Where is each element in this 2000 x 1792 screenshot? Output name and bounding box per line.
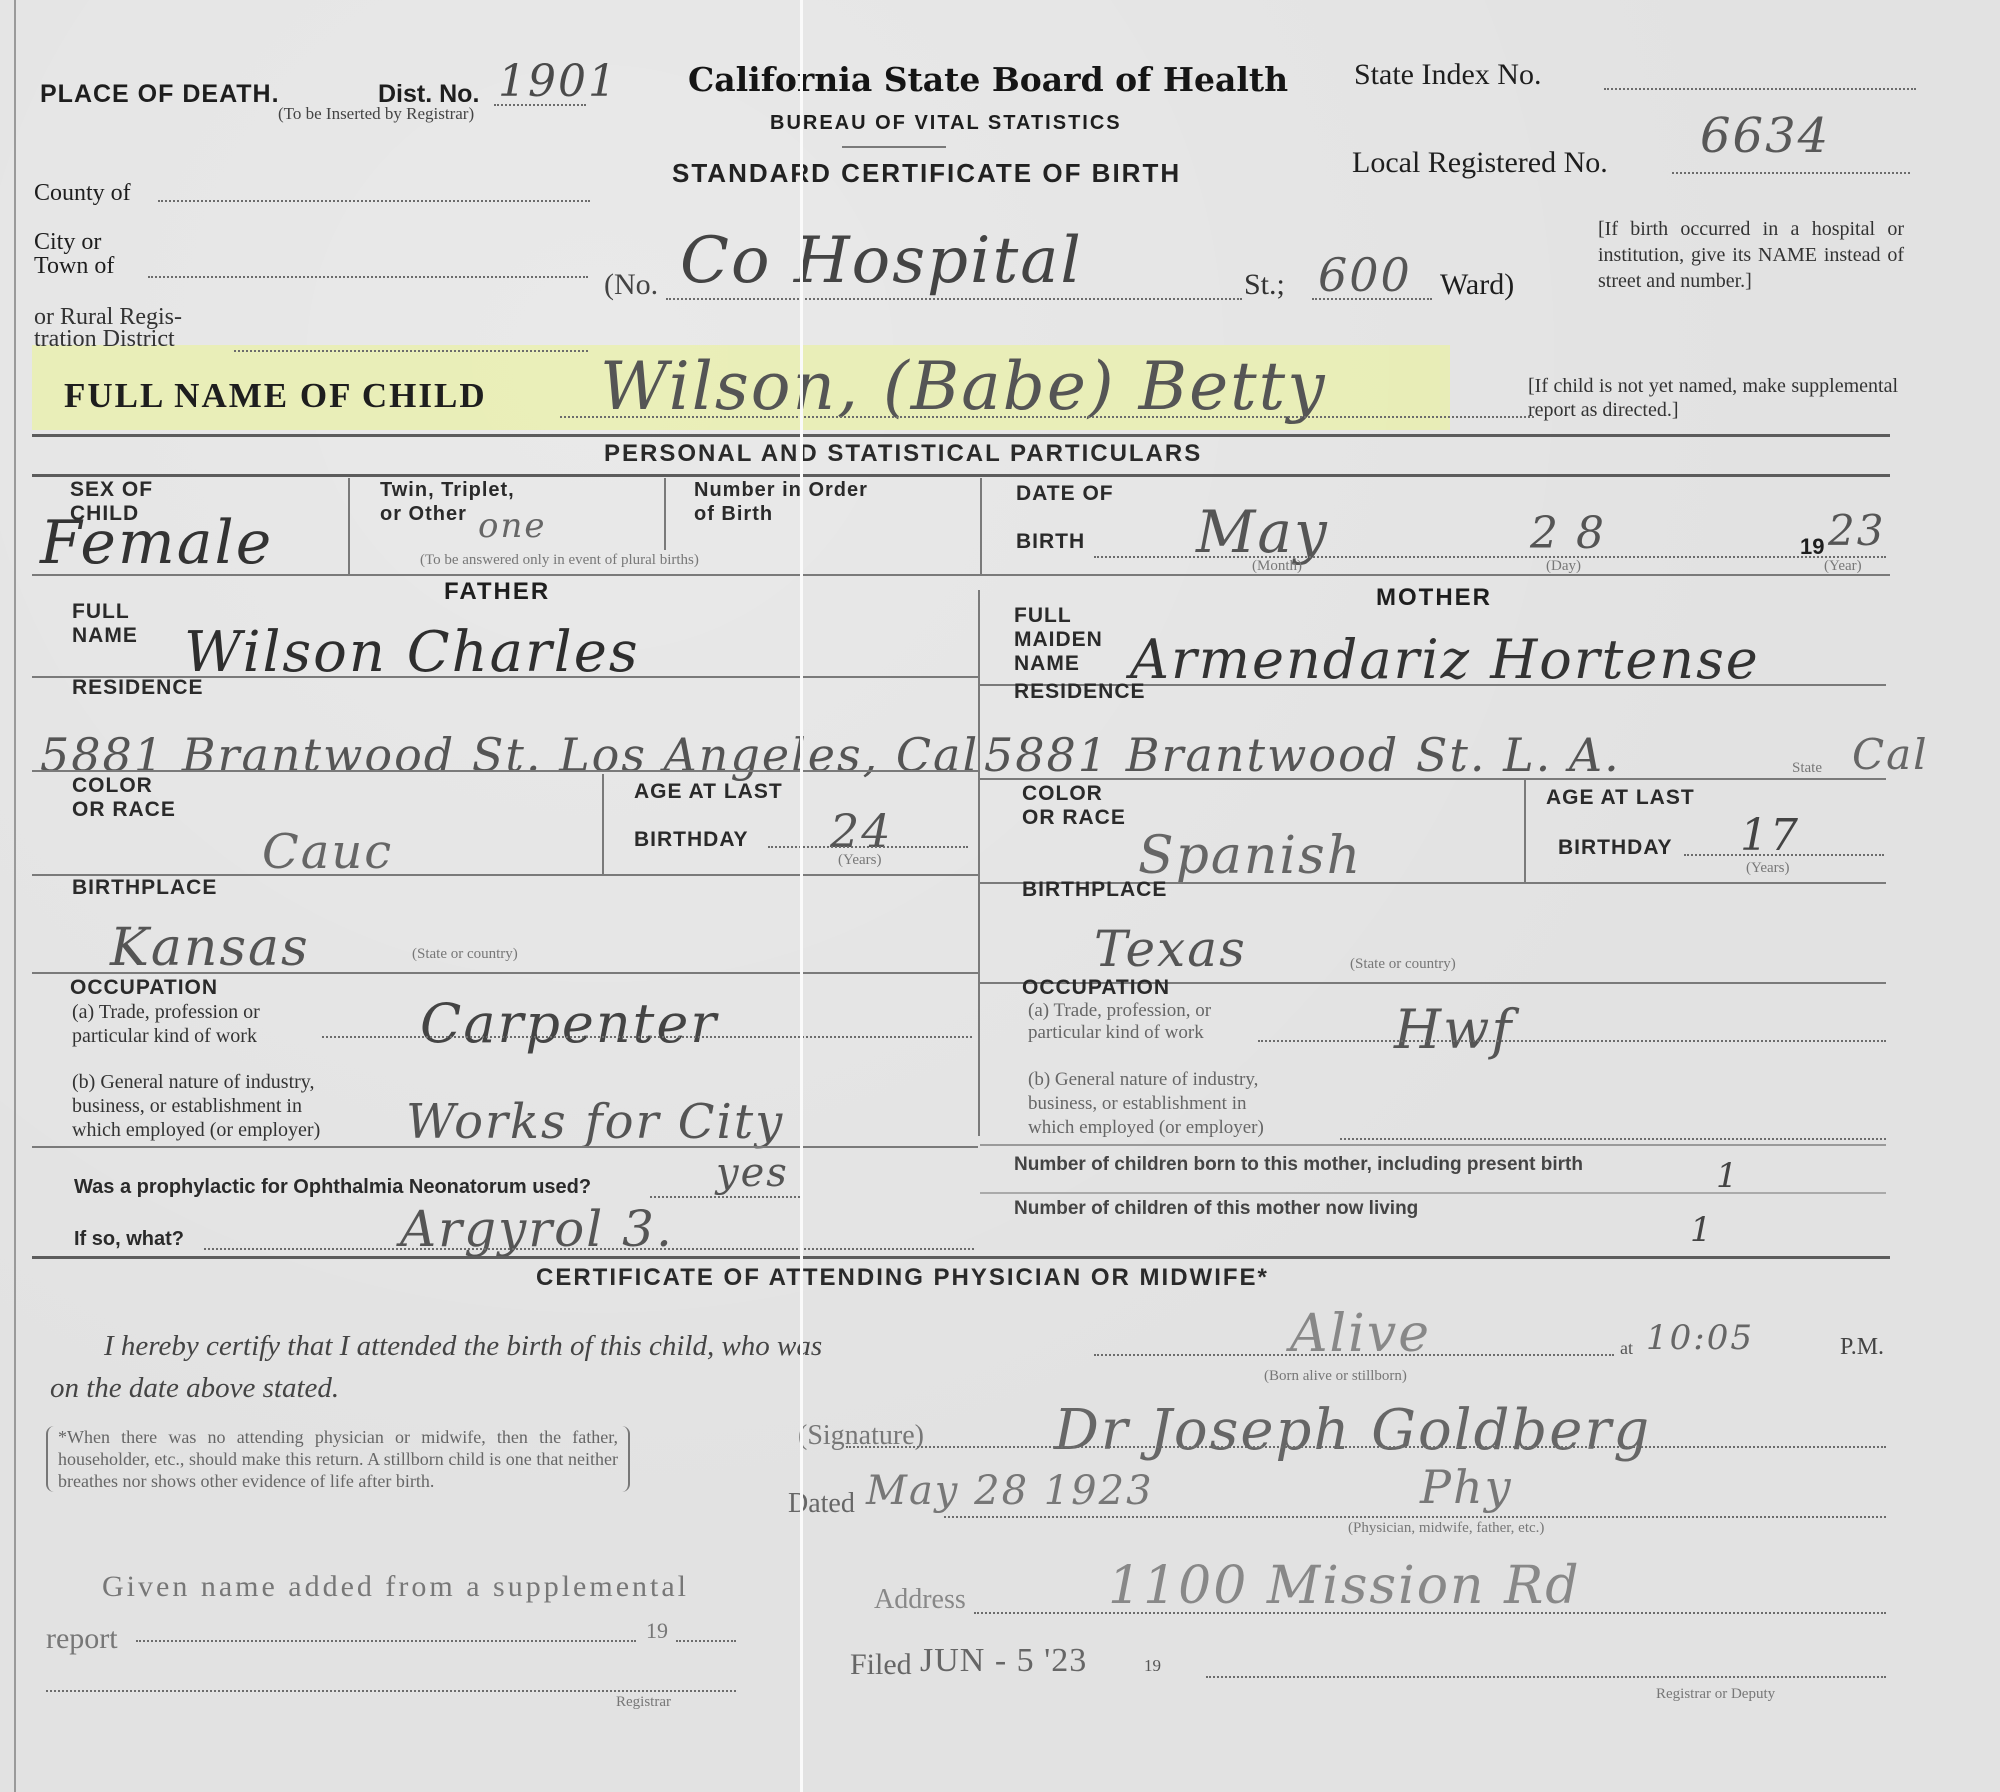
supplemental-registrar-hint: Registrar — [616, 1694, 671, 1711]
mother-state-label: State — [1792, 760, 1822, 777]
mother-state-hint: (State or country) — [1350, 956, 1456, 973]
prophylactic-what-label: If so, what? — [74, 1228, 184, 1251]
mother-color-field[interactable]: Spanish — [1138, 826, 1362, 886]
city-label-line1: City or — [34, 230, 114, 254]
prophylactic-answer-field[interactable]: yes — [716, 1150, 789, 1196]
mother-occ-a-label: (a) Trade, profession, or particular kin… — [1028, 1000, 1211, 1044]
street-label: St.; — [1244, 268, 1285, 302]
children-born-label: Number of children born to this mother, … — [1014, 1154, 1583, 1176]
header-divider — [842, 146, 946, 148]
mother-occ-b-line2: business, or establishment in — [1028, 1092, 1264, 1116]
supplemental-registrar-field[interactable] — [46, 1690, 736, 1692]
father-years-hint: (Years) — [838, 852, 881, 869]
mother-occ-a-line2: particular kind of work — [1028, 1022, 1211, 1044]
page-edge-line — [14, 0, 16, 1792]
plural-note: (To be answered only in event of plural … — [420, 552, 699, 569]
father-name-label-line1: FULL — [72, 600, 138, 624]
certificate-title: STANDARD CERTIFICATE OF BIRTH — [672, 158, 1181, 189]
father-occ-b-field[interactable]: Works for City — [406, 1094, 784, 1150]
time-prefix: at — [1620, 1338, 1633, 1359]
dob-year-field[interactable]: 23 — [1828, 506, 1885, 555]
address-field[interactable]: 1100 Mission Rd — [1108, 1556, 1581, 1616]
father-occ-a-line2: particular kind of work — [72, 1024, 260, 1048]
rural-label-line2: tration District — [34, 328, 182, 350]
divider-particulars — [32, 474, 1890, 477]
divider-twin — [664, 478, 666, 550]
father-occ-a-line1: (a) Trade, profession or — [72, 1000, 260, 1024]
city-field[interactable] — [148, 276, 588, 278]
divider-name — [32, 434, 1890, 437]
certify-text-1: I hereby certify that I attended the bir… — [104, 1330, 822, 1363]
mother-title: MOTHER — [1376, 584, 1492, 612]
divider-children-born — [980, 1192, 1886, 1194]
father-occ-a-field[interactable]: Carpenter — [420, 992, 718, 1055]
rural-field[interactable] — [234, 350, 588, 352]
local-registered-field[interactable]: 6634 — [1700, 108, 1830, 164]
hospital-underline — [666, 298, 1242, 300]
city-label: City or Town of — [34, 230, 114, 278]
mother-color-label: COLOR OR RACE — [1022, 782, 1126, 830]
divider-mother-occupation — [980, 1144, 1886, 1146]
father-title: FATHER — [444, 578, 550, 606]
mother-color-label-line2: OR RACE — [1022, 806, 1126, 830]
mother-occ-a-line1: (a) Trade, profession, or — [1028, 1000, 1211, 1022]
order-label: Number in Order of Birth — [694, 478, 868, 526]
mother-residence-label: RESIDENCE — [1014, 680, 1146, 704]
bureau-title: BUREAU OF VITAL STATISTICS — [770, 112, 1122, 135]
mother-color-label-line1: COLOR — [1022, 782, 1126, 806]
address-label: Address — [874, 1584, 966, 1616]
child-name-label: FULL NAME OF CHILD — [64, 376, 487, 416]
county-label: County of — [34, 180, 131, 207]
mother-occ-b-label: (b) General nature of industry, business… — [1028, 1068, 1264, 1140]
ward-underline — [1312, 298, 1432, 300]
divider-father-residence — [32, 770, 978, 772]
city-label-line2: Town of — [34, 254, 114, 278]
mother-age-underline — [1684, 854, 1884, 856]
hospital-name-field[interactable]: Co Hospital — [680, 224, 1083, 298]
mother-name-label: FULL MAIDEN NAME — [1014, 604, 1103, 676]
father-occ-b-line1: (b) General nature of industry, — [72, 1070, 320, 1094]
state-index-label: State Index No. — [1354, 58, 1541, 92]
divider-dob — [980, 478, 982, 574]
particulars-title: PERSONAL AND STATISTICAL PARTICULARS — [604, 440, 1202, 468]
year-hint: (Year) — [1824, 558, 1862, 575]
mother-occ-a-underline — [1258, 1040, 1886, 1042]
address-underline — [974, 1612, 1886, 1614]
local-registered-underline — [1672, 172, 1910, 174]
local-registered-label: Local Registered No. — [1352, 146, 1608, 180]
rural-label: or Rural Regis- tration District — [34, 306, 182, 350]
time-field[interactable]: 10:05 — [1646, 1318, 1754, 1358]
father-occupation-label: OCCUPATION — [70, 976, 218, 1000]
mother-birthplace-label: BIRTHPLACE — [1022, 878, 1167, 902]
mother-occ-a-field[interactable]: Hwf — [1394, 998, 1513, 1061]
hospital-note: [If birth occurred in a hospital or inst… — [1598, 216, 1904, 294]
divider-father-birthplace — [32, 972, 978, 974]
month-hint: (Month) — [1252, 558, 1302, 575]
birth-certificate-page: PLACE OF DEATH. Dist. No. 1901 (To be In… — [0, 0, 2000, 1792]
sex-label-line1: SEX OF — [70, 478, 153, 502]
signature-field[interactable]: Dr Joseph Goldberg — [1054, 1398, 1651, 1463]
mother-residence-field[interactable]: 5881 Brantwood St. L. A. — [984, 728, 1621, 782]
ward-label: Ward) — [1440, 268, 1514, 302]
dob-underline — [1094, 556, 1886, 558]
prophylactic-what-underline — [204, 1248, 974, 1250]
street-no-label: (No. — [604, 268, 658, 302]
father-color-label-line1: COLOR — [72, 774, 176, 798]
twin-field[interactable]: one — [478, 506, 547, 546]
father-occ-a-label: (a) Trade, profession or particular kind… — [72, 1000, 260, 1048]
father-occ-b-line3: which employed (or employer) — [72, 1118, 320, 1142]
parents-divider — [978, 590, 980, 1136]
child-name-field[interactable]: Wilson, (Babe) Betty — [600, 348, 1327, 425]
order-label-line1: Number in Order — [694, 478, 868, 502]
father-occ-b-line2: business, or establishment in — [72, 1094, 320, 1118]
rural-label-line1: or Rural Regis- — [34, 306, 182, 328]
footnote: *When there was no attending physician o… — [46, 1426, 630, 1492]
father-name-label-line2: NAME — [72, 624, 138, 648]
divider-prophylactic — [32, 1256, 1890, 1259]
supplemental-report-field[interactable] — [136, 1640, 636, 1642]
physician-title-field[interactable]: Phy — [1420, 1460, 1513, 1514]
mother-age-label-1: AGE AT LAST — [1546, 786, 1695, 810]
fold-crease — [800, 0, 803, 1792]
order-label-line2: of Birth — [694, 502, 868, 526]
filed-date-field[interactable]: JUN - 5 '23 — [920, 1642, 1087, 1680]
children-born-field[interactable]: 1 — [1716, 1156, 1740, 1196]
children-living-field[interactable]: 1 — [1690, 1210, 1714, 1250]
father-age-field[interactable]: 24 — [830, 804, 893, 858]
dob-label-2: BIRTH — [1016, 530, 1085, 554]
day-hint: (Day) — [1546, 558, 1581, 575]
father-birthplace-field[interactable]: Kansas — [110, 918, 310, 978]
filed-year-prefix: 19 — [1144, 1656, 1161, 1676]
twin-label-line1: Twin, Triplet, — [380, 478, 515, 502]
born-hint: (Born alive or stillborn) — [1264, 1368, 1407, 1385]
place-of-death-label: PLACE OF DEATH. — [40, 80, 280, 109]
born-alive-underline — [1094, 1354, 1614, 1356]
ward-field[interactable]: 600 — [1318, 248, 1412, 302]
divider-father-occupation — [32, 1146, 978, 1148]
divider-father-color — [602, 774, 604, 874]
mother-birthplace-field[interactable]: Texas — [1094, 920, 1247, 978]
father-birthplace-label: BIRTHPLACE — [72, 876, 217, 900]
signature-underline — [846, 1446, 1886, 1448]
dist-no-field[interactable]: 1901 — [498, 56, 618, 107]
dated-field[interactable]: May 28 1923 — [866, 1468, 1154, 1514]
father-residence-field[interactable]: 5881 Brantwood St. Los Angeles, Cal — [40, 728, 979, 782]
mother-state-field[interactable]: Cal — [1852, 730, 1929, 779]
mother-years-hint: (Years) — [1746, 860, 1789, 877]
time-suffix: P.M. — [1840, 1334, 1884, 1361]
mother-name-label-line3: NAME — [1014, 652, 1103, 676]
dated-underline — [944, 1516, 1886, 1518]
mother-occupation-label: OCCUPATION — [1022, 976, 1170, 1000]
registrar-deputy-hint: Registrar or Deputy — [1656, 1686, 1775, 1703]
father-age-label-1: AGE AT LAST — [634, 780, 783, 804]
report-label: report — [46, 1622, 118, 1656]
dob-day-field[interactable]: 28 — [1530, 508, 1622, 559]
mother-name-label-line2: MAIDEN — [1014, 628, 1103, 652]
mother-name-field[interactable]: Armendariz Hortense — [1130, 628, 1760, 691]
state-index-field[interactable] — [1604, 88, 1916, 90]
child-name-underline — [560, 416, 1534, 418]
dist-no-hint: (To be Inserted by Registrar) — [278, 104, 474, 124]
mother-name-label-line1: FULL — [1014, 604, 1103, 628]
mother-occ-b-field[interactable] — [1340, 1138, 1886, 1140]
board-title: California State Board of Health — [688, 60, 1288, 99]
prophylactic-answer-underline — [650, 1196, 800, 1198]
county-field[interactable] — [158, 200, 590, 202]
children-living-label: Number of children of this mother now li… — [1014, 1198, 1418, 1220]
father-residence-label: RESIDENCE — [72, 676, 204, 700]
father-color-field[interactable]: Cauc — [262, 824, 393, 880]
supplemental-year-prefix: 19 — [646, 1618, 668, 1644]
mother-occ-b-line1: (b) General nature of industry, — [1028, 1068, 1264, 1092]
certify-text-2: on the date above stated. — [50, 1372, 339, 1405]
divider-row1 — [32, 574, 1890, 576]
physician-title-hint: (Physician, midwife, father, etc.) — [1348, 1520, 1544, 1537]
sex-field[interactable]: Female — [40, 508, 273, 578]
mother-age-label-2: BIRTHDAY — [1558, 836, 1673, 860]
dated-label: Dated — [788, 1488, 855, 1520]
order-field[interactable] — [860, 520, 960, 544]
mother-occ-b-line3: which employed (or employer) — [1028, 1116, 1264, 1140]
father-occ-a-underline — [322, 1036, 972, 1038]
father-occ-b-label: (b) General nature of industry, business… — [72, 1070, 320, 1142]
divider-mother-color — [1524, 778, 1526, 882]
father-age-label-2: BIRTHDAY — [634, 828, 749, 852]
divider-mother-residence — [980, 778, 1886, 780]
divider-sex — [348, 478, 350, 574]
father-name-label: FULL NAME — [72, 600, 138, 648]
father-state-hint: (State or country) — [412, 946, 518, 963]
unnamed-note: [If child is not yet named, make supplem… — [1528, 374, 1898, 422]
dist-no-underline — [494, 104, 586, 106]
prophylactic-question: Was a prophylactic for Ophthalmia Neonat… — [74, 1176, 591, 1199]
father-color-label: COLOR OR RACE — [72, 774, 176, 822]
dob-label-1: DATE OF — [1016, 482, 1114, 506]
father-age-underline — [768, 846, 968, 848]
filed-label: Filed — [850, 1648, 912, 1682]
registrar-signature-field[interactable] — [1206, 1676, 1886, 1678]
supplemental-text: Given name added from a supplemental — [102, 1570, 689, 1604]
supplemental-year-field[interactable] — [676, 1640, 736, 1642]
physician-section-title: CERTIFICATE OF ATTENDING PHYSICIAN OR MI… — [536, 1264, 1269, 1292]
father-color-label-line2: OR RACE — [72, 798, 176, 822]
